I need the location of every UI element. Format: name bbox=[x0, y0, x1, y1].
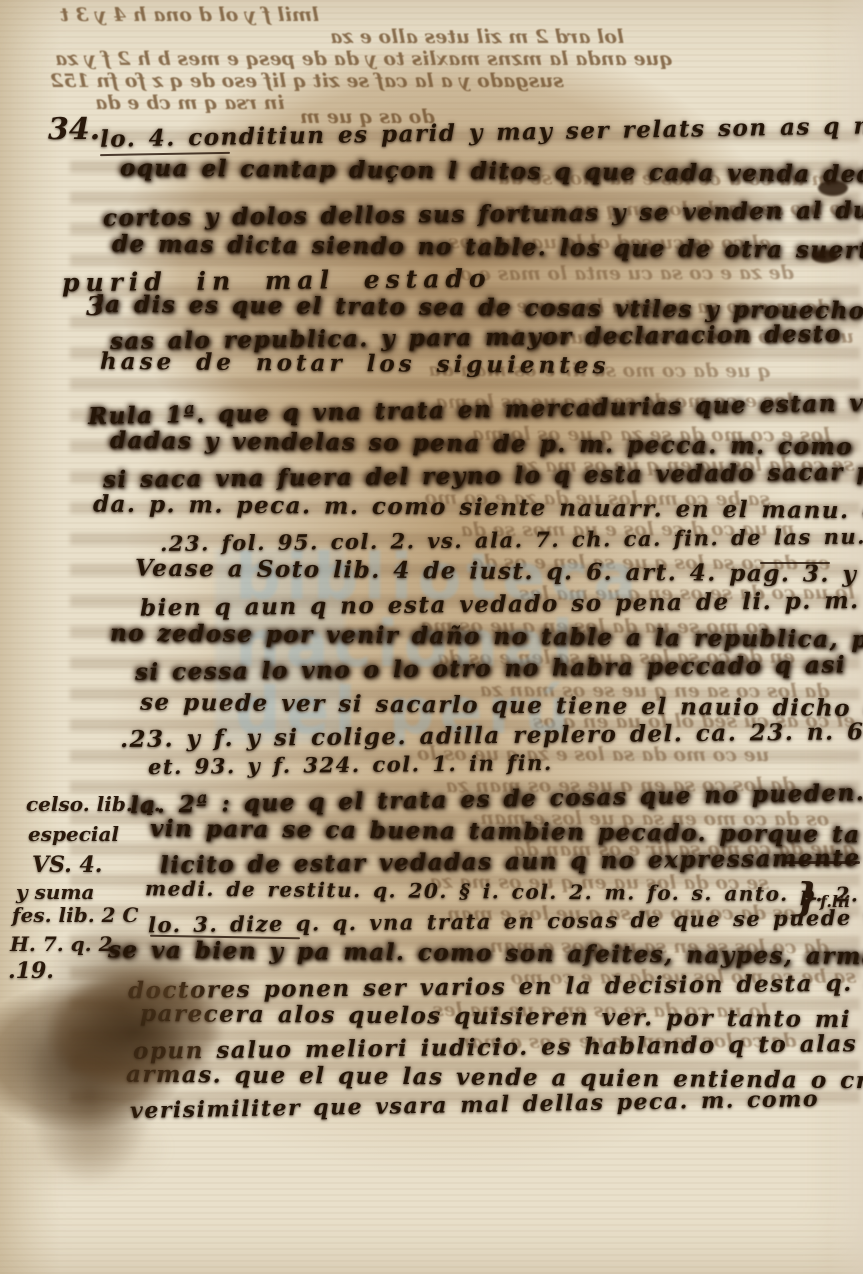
margin-note-celso: celso. lib. q. bbox=[26, 792, 161, 816]
stain-tail bbox=[0, 1100, 220, 1220]
ink-blot bbox=[818, 180, 848, 196]
manuscript-line: et. 93. y f. 324. col. 1. in fin. bbox=[148, 750, 553, 779]
margin-note-vs4: VS. 4. bbox=[32, 852, 102, 878]
bleedthrough-top-line: susgado y a la caf se zit q lif eso de q… bbox=[50, 70, 564, 92]
bleedthrough-top-line: lol ard 2 m zil utes allo e za bbox=[330, 26, 624, 48]
bleedthrough-top-line: que anda la mzns maxlis to y da de pesq … bbox=[55, 48, 673, 70]
bleedthrough-top-line: lmil f y ol d ona h 4 y 3 t bbox=[60, 4, 319, 26]
margin-note-ysuma: y suma bbox=[16, 880, 95, 904]
ink-blot bbox=[812, 250, 838, 263]
manuscript-line: hase de notar los siguientes bbox=[100, 348, 610, 379]
margin-note-3: 3 bbox=[86, 292, 104, 322]
margin-note-feslib: fes. lib. 2 C bbox=[12, 903, 138, 927]
margin-note-right-label: f.lii bbox=[820, 892, 850, 911]
manuscript-page-scan: lmil f y ol d ona h 4 y 3 t lol ard 2 m … bbox=[0, 0, 863, 1274]
bleedthrough-top-line: in rsa q m cb e da bbox=[95, 92, 285, 114]
underline-stroke bbox=[760, 562, 830, 564]
margin-note-34: 34. bbox=[48, 112, 100, 147]
margin-note-right-brace: } bbox=[795, 874, 819, 919]
pen-dash bbox=[782, 861, 860, 864]
margin-note-especial: especial bbox=[28, 822, 119, 846]
